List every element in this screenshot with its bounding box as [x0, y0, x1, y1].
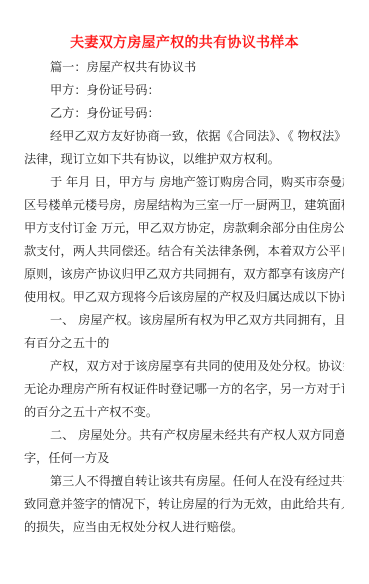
paragraph-line: 甲方支付订金 万元，甲乙双方协定，房款剩余部分由住房公积金贷 — [24, 217, 344, 240]
paragraph-line: 经甲乙双方友好协商一致，依据《合同法》、《 物权法》等 — [24, 125, 344, 148]
clause-one-line: 无论办理房产所有权证件时登记哪一方的名字，另一方对于该房产 — [24, 378, 344, 401]
paragraph-line: 原则，该房产协议归甲乙双方共同拥有，双方都享有该房产的土地 — [24, 263, 344, 286]
paragraph-line: 使用权。甲乙双方现将今后该房屋的产权及归属达成以下协议。 — [24, 286, 344, 309]
section-heading: 篇一：房屋产权共有协议书 — [24, 56, 344, 79]
paragraph-line: 法律，现订立如下共有协议，以维护双方权利。 — [24, 148, 344, 171]
clause-two-line: 第三人不得擅自转让该共有房屋。任何人在没有经过共有人一 — [24, 470, 344, 493]
paragraph-line: 于 年月 日，甲方与 房地产签订购房合同，购买市奈曼旗 小 — [24, 171, 344, 194]
party-b-id: 乙方：身份证号码： — [24, 102, 344, 125]
clause-one-line: 产权，双方对于该房屋享有共同的使用及处分权。协议签订后 — [24, 355, 344, 378]
clause-two-line: 的损失，应当由无权处分权人进行赔偿。 — [24, 516, 344, 539]
document-title: 夫妻双方房屋产权的共有协议书样本 — [0, 35, 369, 51]
clause-two-line: 二、 房屋处分。共有产权房屋未经共有产权人双方同意并签 — [24, 424, 344, 447]
paragraph-line: 区号楼单元楼号房，房屋结构为三室一厅一厨两卫，建筑面积为 。 — [24, 194, 344, 217]
clause-one-line: 的百分之五十产权不变。 — [24, 401, 344, 424]
clause-one-line: 有百分之五十的 — [24, 332, 344, 355]
clause-two-line: 字，任何一方及 — [24, 447, 344, 470]
paragraph-line: 款支付，两人共同偿还。结合有关法律条例，本着双方公平自愿的 — [24, 240, 344, 263]
clause-two-line: 致同意并签字的情况下，转让房屋的行为无效，由此给共有人造成 — [24, 493, 344, 516]
party-a-id: 甲方：身份证号码： — [24, 79, 344, 102]
clause-one-line: 一、 房屋产权。该房屋所有权为甲乙双方共同拥有，且各享 — [24, 309, 344, 332]
document-page: 夫妻双方房屋产权的共有协议书样本 篇一：房屋产权共有协议书 甲方：身份证号码： … — [0, 0, 369, 584]
document-body: 篇一：房屋产权共有协议书 甲方：身份证号码： 乙方：身份证号码： 经甲乙双方友好… — [24, 56, 344, 539]
